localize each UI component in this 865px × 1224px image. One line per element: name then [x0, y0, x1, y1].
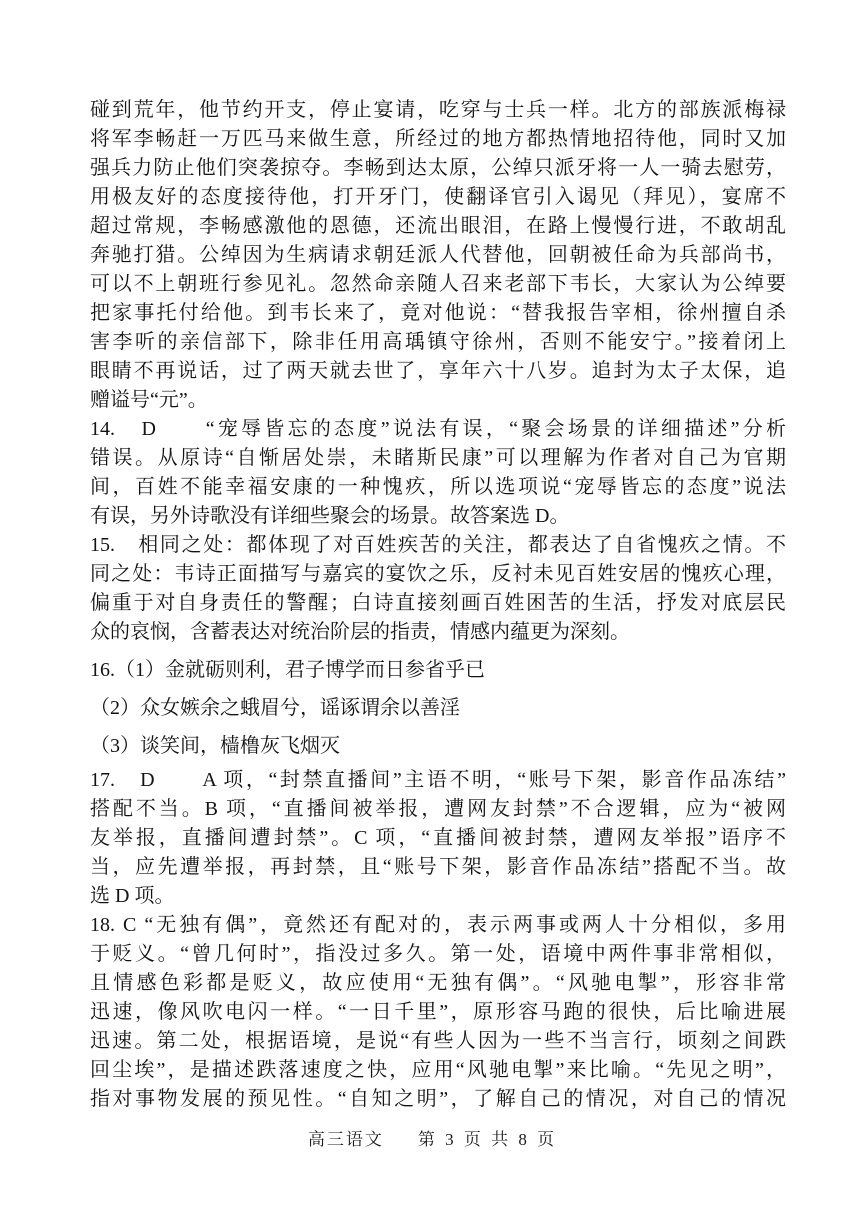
text-line: 间，百姓不能幸福安康的一种愧疚，所以选项说“宠辱皆忘的态度”说法: [90, 473, 786, 502]
text-line: 错误。从原诗“自惭居处崇，未睹斯民康”可以理解为作者对自己为官期: [90, 444, 786, 473]
footer-course-label: 高三语文: [308, 1130, 384, 1149]
text-line: 偏重于对自身责任的警醒；白诗直接刻画百姓困苦的生活，抒发对底层民: [90, 589, 786, 618]
text-line: 选 D 项。: [90, 882, 786, 911]
text-line: （2）众女嫉余之蛾眉兮，谣诼谓余以善淫: [90, 694, 786, 723]
text-line: 16.（1）金就砺则利，君子博学而日参省乎已: [90, 656, 786, 685]
text-line: 且情感色彩都是贬义，故应使用“无独有偶”。“风驰电掣”，形容非常: [90, 969, 786, 998]
text-line: 赠谥号“元”。: [90, 386, 786, 415]
text-line: 把家事托付给他。到韦长来了，竟对他说：“替我报告宰相，徐州擅自杀: [90, 299, 786, 328]
text-line: 迅速，像风吹电闪一样。“一日千里”，原形容马跑的很快，后比喻进展: [90, 998, 786, 1027]
text-line: 将军李畅赶一万匹马来做生意，所经过的地方都热情地招待他，同时又加: [90, 125, 786, 154]
text-line: 奔驰打猎。公绰因为生病请求朝廷派人代替他，回朝被任命为兵部尚书，: [90, 241, 786, 270]
answer-item-17: 17. D A 项，“封禁直播间”主语不明，“账号下架，影音作品冻结” 搭配不当…: [90, 766, 786, 911]
footer-page-number: 第 3 页 共 8 页: [418, 1130, 557, 1149]
answer-text-block: 碰到荒年，他节约开支，停止宴请，吃穿与士兵一样。北方的部族派梅禄 将军李畅赶一万…: [90, 96, 786, 1114]
text-line: 搭配不当。B 项，“直播间被举报，遭网友封禁”不合逻辑，应为“被网: [90, 795, 786, 824]
answer-item-16: 16.（1）金就砺则利，君子博学而日参省乎已 （2）众女嫉余之蛾眉兮，谣诼谓余以…: [90, 656, 786, 761]
text-line: 14. D “宠辱皆忘的态度”说法有误，“聚会场景的详细描述”分析: [90, 415, 786, 444]
text-line: 强兵力防止他们突袭掠夺。李畅到达太原，公绰只派牙将一人一骑去慰劳，: [90, 154, 786, 183]
text-line: 碰到荒年，他节约开支，停止宴请，吃穿与士兵一样。北方的部族派梅禄: [90, 96, 786, 125]
text-line: 友举报，直播间遭封禁”。C 项，“直播间被封禁，遭网友举报”语序不: [90, 824, 786, 853]
text-line: 同之处：韦诗正面描写与嘉宾的宴饮之乐，反衬未见百姓安居的愧疚心理，: [90, 560, 786, 589]
text-line: 15. 相同之处：都体现了对百姓疾苦的关注，都表达了自省愧疚之情。不: [90, 531, 786, 560]
answer-item-15: 15. 相同之处：都体现了对百姓疾苦的关注，都表达了自省愧疚之情。不 同之处：韦…: [90, 531, 786, 647]
text-line: 回尘埃”，是描述跌落速度之快，应用“风驰电掣”来比喻。“先见之明”，: [90, 1056, 786, 1085]
text-line: 指对事物发展的预见性。“自知之明”，了解自己的情况，对自己的情况: [90, 1085, 786, 1114]
text-line: 于贬义。“曾几何时”，指没过多久。第一处，语境中两件事非常相似，: [90, 940, 786, 969]
text-line: 18. C “无独有偶”，竟然还有配对的，表示两事或两人十分相似，多用: [90, 911, 786, 940]
text-line: （3）谈笑间，樯橹灰飞烟灭: [90, 732, 786, 761]
text-line: 迅速。第二处，根据语境，是说“有些人因为一些不当言行，顷刻之间跌: [90, 1027, 786, 1056]
exam-answer-page: 碰到荒年，他节约开支，停止宴请，吃穿与士兵一样。北方的部族派梅禄 将军李畅赶一万…: [0, 0, 865, 1224]
text-line: 可以不上朝班行参见礼。忽然命亲随人召来老部下韦长，大家认为公绰要: [90, 270, 786, 299]
text-line: 众的哀悯，含蓄表达对统治阶层的指责，情感内蕴更为深刻。: [90, 618, 786, 647]
paragraph-translation-q13: 碰到荒年，他节约开支，停止宴请，吃穿与士兵一样。北方的部族派梅禄 将军李畅赶一万…: [90, 96, 786, 415]
text-line: 害李听的亲信部下，除非任用高瑀镇守徐州，否则不能安宁。”接着闭上: [90, 328, 786, 357]
text-line: 17. D A 项，“封禁直播间”主语不明，“账号下架，影音作品冻结”: [90, 766, 786, 795]
text-line: 有误，另外诗歌没有详细些聚会的场景。故答案选 D。: [90, 502, 786, 531]
page-footer: 高三语文第 3 页 共 8 页: [0, 1128, 865, 1152]
answer-item-14: 14. D “宠辱皆忘的态度”说法有误，“聚会场景的详细描述”分析 错误。从原诗…: [90, 415, 786, 531]
text-line: 用极友好的态度接待他，打开牙门，使翻译官引入谒见（拜见），宴席不: [90, 183, 786, 212]
answer-item-18: 18. C “无独有偶”，竟然还有配对的，表示两事或两人十分相似，多用 于贬义。…: [90, 911, 786, 1114]
text-line: 超过常规，李畅感激他的恩德，还流出眼泪，在路上慢慢行进，不敢胡乱: [90, 212, 786, 241]
text-line: 眼睛不再说话，过了两天就去世了，享年六十八岁。追封为太子太保，追: [90, 357, 786, 386]
text-line: 当，应先遭举报，再封禁，且“账号下架，影音作品冻结”搭配不当。故: [90, 853, 786, 882]
